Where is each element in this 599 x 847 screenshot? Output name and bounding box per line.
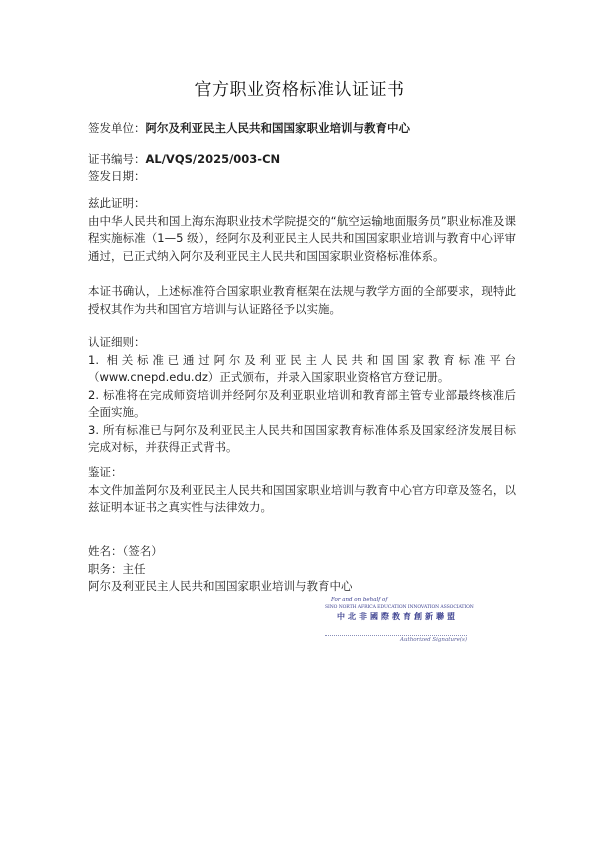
confirm-section: 本证书确认，上述标准符合国家职业教育框架在法规与教学方面的全部要求，现特此授权其… <box>88 283 516 318</box>
issuer-row: 签发单位：阿尔及利亚民主人民共和国国家职业培训与教育中心 <box>88 120 516 138</box>
cert-number-row: 证书编号：AL/VQS/2025/003-CN <box>88 151 516 169</box>
attest-body: 本文件加盖阿尔及利亚民主人民共和国国家职业培训与教育中心官方印章及签名，以兹证明… <box>88 482 516 517</box>
document-title: 官方职业资格标准认证证书 <box>0 75 599 100</box>
issuer-value: 阿尔及利亚民主人民共和国国家职业培训与教育中心 <box>146 121 411 135</box>
certify-body: 由中华人民共和国上海东海职业技术学院提交的“航空运输地面服务员”职业标准及课程实… <box>88 213 516 266</box>
issuer-label: 签发单位： <box>88 121 146 135</box>
attest-heading: 鉴证： <box>88 464 516 482</box>
details-item-1: 1. 相关标准已通过阿尔及利亚民主人民共和国国家教育标准平台（www.cnepd… <box>88 352 516 387</box>
signatory-position: 职务：主任 <box>88 561 516 579</box>
issue-date-row: 签发日期： <box>88 168 516 186</box>
stamp-line-english: SINO NORTH AFRICA EDUCATION INNOVATION A… <box>325 604 470 611</box>
certify-heading: 兹此证明： <box>88 195 516 213</box>
details-item-2: 2. 标准将在完成师资培训并经阿尔及利亚职业培训和教育部主管专业部最终核准后全面… <box>88 387 516 422</box>
certificate-page: 官方职业资格标准认证证书 签发单位：阿尔及利亚民主人民共和国国家职业培训与教育中… <box>0 0 599 847</box>
details-section: 认证细则： 1. 相关标准已通过阿尔及利亚民主人民共和国国家教育标准平台（www… <box>88 334 516 457</box>
association-stamp: For and on behalf of SINO NORTH AFRICA E… <box>325 597 470 622</box>
confirm-body: 本证书确认，上述标准符合国家职业教育框架在法规与教学方面的全部要求，现特此授权其… <box>88 283 516 318</box>
signatory-name: 姓名：（签名） <box>88 543 516 561</box>
details-heading: 认证细则： <box>88 334 516 352</box>
cert-number-value: AL/VQS/2025/003-CN <box>146 152 281 166</box>
cert-number-label: 证书编号： <box>88 152 146 166</box>
stamp-line-chinese: 中北非國際教育創新聯盟 <box>325 611 470 622</box>
signature-line <box>325 635 467 636</box>
certify-section: 兹此证明： 由中华人民共和国上海东海职业技术学院提交的“航空运输地面服务员”职业… <box>88 195 516 265</box>
signature-caption: Authorized Signature(s) <box>325 637 467 643</box>
stamp-line-behalf: For and on behalf of <box>325 597 470 604</box>
issue-date-label: 签发日期： <box>88 169 146 183</box>
signatory-section: 姓名：（签名） 职务：主任 阿尔及利亚民主人民共和国国家职业培训与教育中心 <box>88 543 516 596</box>
details-item-3: 3. 所有标准已与阿尔及利亚民主人民共和国国家教育标准体系及国家经济发展目标完成… <box>88 422 516 457</box>
signatory-organization: 阿尔及利亚民主人民共和国国家职业培训与教育中心 <box>88 578 516 596</box>
attest-section: 鉴证： 本文件加盖阿尔及利亚民主人民共和国国家职业培训与教育中心官方印章及签名，… <box>88 464 516 517</box>
